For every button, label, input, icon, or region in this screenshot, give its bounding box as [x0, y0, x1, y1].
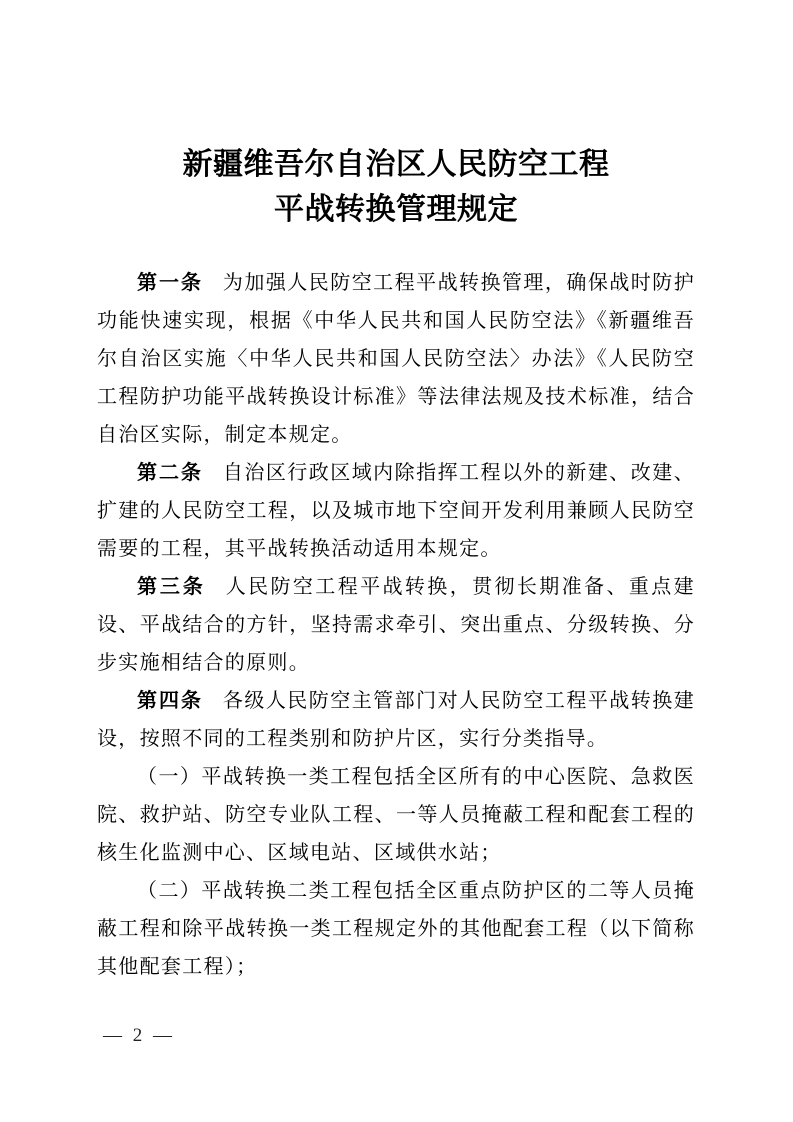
- article-1-text: 为加强人民防空工程平战转换管理，确保战时防护功能快速实现，根据《中华人民共和国人…: [97, 272, 695, 446]
- clause-item-1: （一）平战转换一类工程包括全区所有的中心医院、急救医院、救护站、防空专业队工程、…: [97, 758, 695, 872]
- document-page: 新疆维吾尔自治区人民防空工程 平战转换管理规定 第一条为加强人民防空工程平战转换…: [0, 0, 793, 1122]
- clause-item-2: （二）平战转换二类工程包括全区重点防护区的二等人员掩蔽工程和除平战转换一类工程规…: [97, 872, 695, 986]
- title-line-1: 新疆维吾尔自治区人民防空工程: [97, 142, 695, 187]
- clause-1-label: （一）: [137, 766, 201, 788]
- article-3-label: 第三条: [137, 576, 206, 598]
- article-4-label: 第四条: [137, 690, 203, 712]
- title-line-2: 平战转换管理规定: [97, 187, 695, 232]
- article-2-label: 第二条: [137, 462, 203, 484]
- article-paragraph-1: 第一条为加强人民防空工程平战转换管理，确保战时防护功能快速实现，根据《中华人民共…: [97, 264, 695, 454]
- document-title: 新疆维吾尔自治区人民防空工程 平战转换管理规定: [97, 142, 695, 232]
- article-paragraph-2: 第二条自治区行政区域内除指挥工程以外的新建、改建、扩建的人民防空工程，以及城市地…: [97, 454, 695, 568]
- article-paragraph-4: 第四条各级人民防空主管部门对人民防空工程平战转换建设，按照不同的工程类别和防护片…: [97, 682, 695, 758]
- document-body: 第一条为加强人民防空工程平战转换管理，确保战时防护功能快速实现，根据《中华人民共…: [97, 264, 695, 986]
- page-number: — 2 —: [103, 1022, 175, 1050]
- document-content: 新疆维吾尔自治区人民防空工程 平战转换管理规定 第一条为加强人民防空工程平战转换…: [97, 142, 695, 986]
- article-paragraph-3: 第三条人民防空工程平战转换，贯彻长期准备、重点建设、平战结合的方针，坚持需求牵引…: [97, 568, 695, 682]
- clause-2-label: （二）: [137, 880, 201, 902]
- article-1-label: 第一条: [137, 272, 203, 294]
